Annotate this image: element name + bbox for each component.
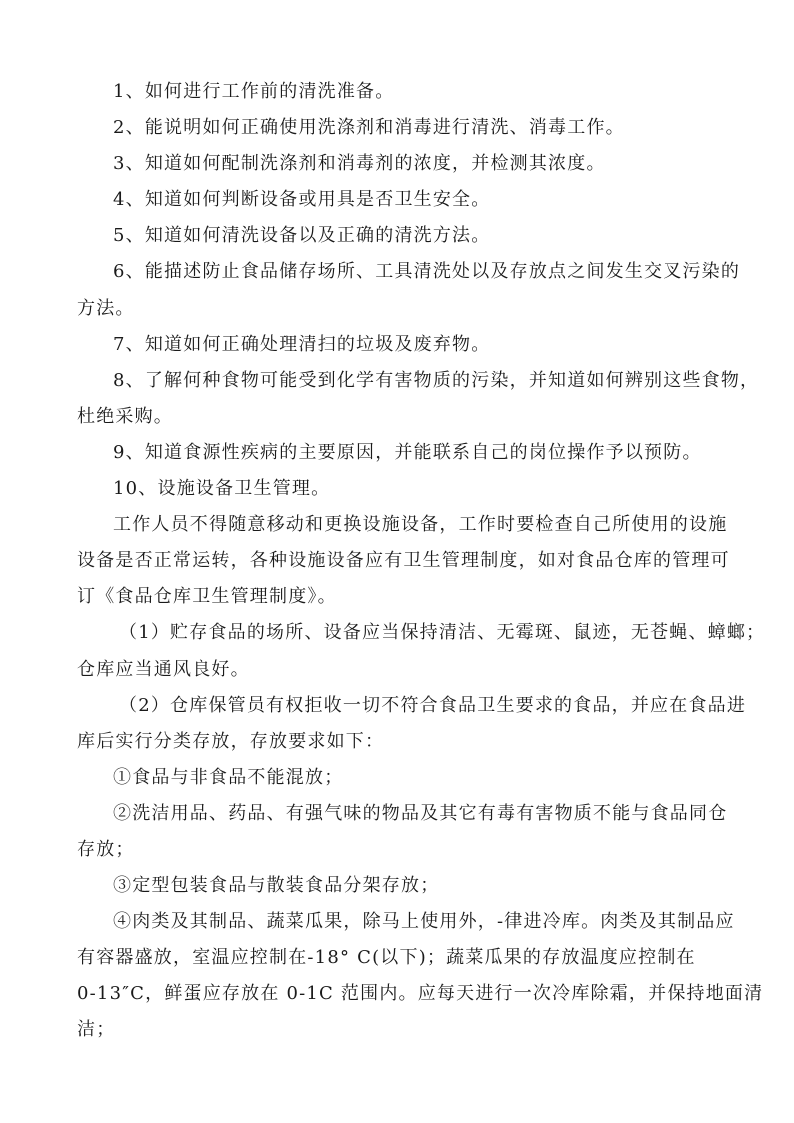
text-line: 10、设施设备卫生管理。 [77, 471, 717, 507]
text-line: ③定型包装食品与散装食品分架存放； [77, 868, 717, 904]
text-line: 工作人员不得随意移动和更换设施设备，工作时要检查自己所使用的设施 [77, 507, 717, 543]
paragraph-item-7: 7、知道如何正确处理清扫的垃圾及废弃物。 [77, 327, 717, 363]
document-page: 1、如何进行工作前的清洗准备。 2、能说明如何正确使用洗涤剂和消毒进行清洗、消毒… [0, 0, 794, 1123]
paragraph-item-3: 3、知道如何配制洗涤剂和消毒剂的浓度，并检测其浓度。 [77, 146, 717, 182]
text-line: 1、如何进行工作前的清洗准备。 [77, 74, 717, 110]
paragraph-item-4: 4、知道如何判断设备或用具是否卫生安全。 [77, 182, 717, 218]
paragraph-rule-1: （1）贮存食品的场所、设备应当保持清洁、无霉斑、鼠迹，无苍蝇、蟑螂； 仓库应当通… [77, 615, 717, 687]
paragraph-storage-3: ③定型包装食品与散装食品分架存放； [77, 868, 717, 904]
text-line: 存放； [77, 832, 717, 868]
text-line: 订《食品仓库卫生管理制度》。 [77, 579, 717, 615]
paragraph-storage-2: ②洗洁用品、药品、有强气味的物品及其它有毒有害物质不能与食品同仓 存放； [77, 796, 717, 868]
text-line: （2）仓库保管员有权拒收一切不符合食品卫生要求的食品，并应在食品进 [77, 688, 717, 724]
text-line: 有容器盛放，室温应控制在-18° C(以下)；蔬菜瓜果的存放温度应控制在 [77, 940, 717, 976]
text-line: ④肉类及其制品、蔬菜瓜果，除马上使用外，-律进冷库。肉类及其制品应 [77, 904, 717, 940]
text-line: 库后实行分类存放，存放要求如下： [77, 724, 717, 760]
paragraph-rule-2: （2）仓库保管员有权拒收一切不符合食品卫生要求的食品，并应在食品进 库后实行分类… [77, 688, 717, 760]
paragraph-item-8: 8、了解何种食物可能受到化学有害物质的污染，并知道如何辨别这些食物， 杜绝采购。 [77, 363, 717, 435]
text-line: 0-13″C，鲜蛋应存放在 0-1C 范围内。应每天进行一次冷库除霜，并保持地面… [77, 976, 717, 1012]
text-line: 设备是否正常运转，各种设施设备应有卫生管理制度，如对食品仓库的管理可 [77, 543, 717, 579]
text-line: 9、知道食源性疾病的主要原因，并能联系自己的岗位操作予以预防。 [77, 435, 717, 471]
paragraph-item-2: 2、能说明如何正确使用洗涤剂和消毒进行清洗、消毒工作。 [77, 110, 717, 146]
section-heading-facility-hygiene: 10、设施设备卫生管理。 [77, 471, 717, 507]
text-line: 4、知道如何判断设备或用具是否卫生安全。 [77, 182, 717, 218]
paragraph-item-1: 1、如何进行工作前的清洗准备。 [77, 74, 717, 110]
text-line: 5、知道如何清洗设备以及正确的清洗方法。 [77, 218, 717, 254]
text-line: 8、了解何种食物可能受到化学有害物质的污染，并知道如何辨别这些食物， [77, 363, 717, 399]
text-line: 方法。 [77, 291, 717, 327]
text-line: ①食品与非食品不能混放； [77, 760, 717, 796]
paragraph-facility-rules: 工作人员不得随意移动和更换设施设备，工作时要检查自己所使用的设施 设备是否正常运… [77, 507, 717, 615]
text-line: 3、知道如何配制洗涤剂和消毒剂的浓度，并检测其浓度。 [77, 146, 717, 182]
document-body: 1、如何进行工作前的清洗准备。 2、能说明如何正确使用洗涤剂和消毒进行清洗、消毒… [77, 74, 717, 1049]
text-line: 7、知道如何正确处理清扫的垃圾及废弃物。 [77, 327, 717, 363]
paragraph-item-6: 6、能描述防止食品储存场所、工具清洗处以及存放点之间发生交叉污染的 方法。 [77, 254, 717, 326]
text-line: 杜绝采购。 [77, 399, 717, 435]
text-line: 2、能说明如何正确使用洗涤剂和消毒进行清洗、消毒工作。 [77, 110, 717, 146]
text-line: （1）贮存食品的场所、设备应当保持清洁、无霉斑、鼠迹，无苍蝇、蟑螂； [77, 615, 717, 651]
text-line: ②洗洁用品、药品、有强气味的物品及其它有毒有害物质不能与食品同仓 [77, 796, 717, 832]
paragraph-storage-4: ④肉类及其制品、蔬菜瓜果，除马上使用外，-律进冷库。肉类及其制品应 有容器盛放，… [77, 904, 717, 1048]
text-line: 洁； [77, 1012, 717, 1048]
text-line: 仓库应当通风良好。 [77, 652, 717, 688]
paragraph-item-5: 5、知道如何清洗设备以及正确的清洗方法。 [77, 218, 717, 254]
paragraph-storage-1: ①食品与非食品不能混放； [77, 760, 717, 796]
paragraph-item-9: 9、知道食源性疾病的主要原因，并能联系自己的岗位操作予以预防。 [77, 435, 717, 471]
text-line: 6、能描述防止食品储存场所、工具清洗处以及存放点之间发生交叉污染的 [77, 254, 717, 290]
